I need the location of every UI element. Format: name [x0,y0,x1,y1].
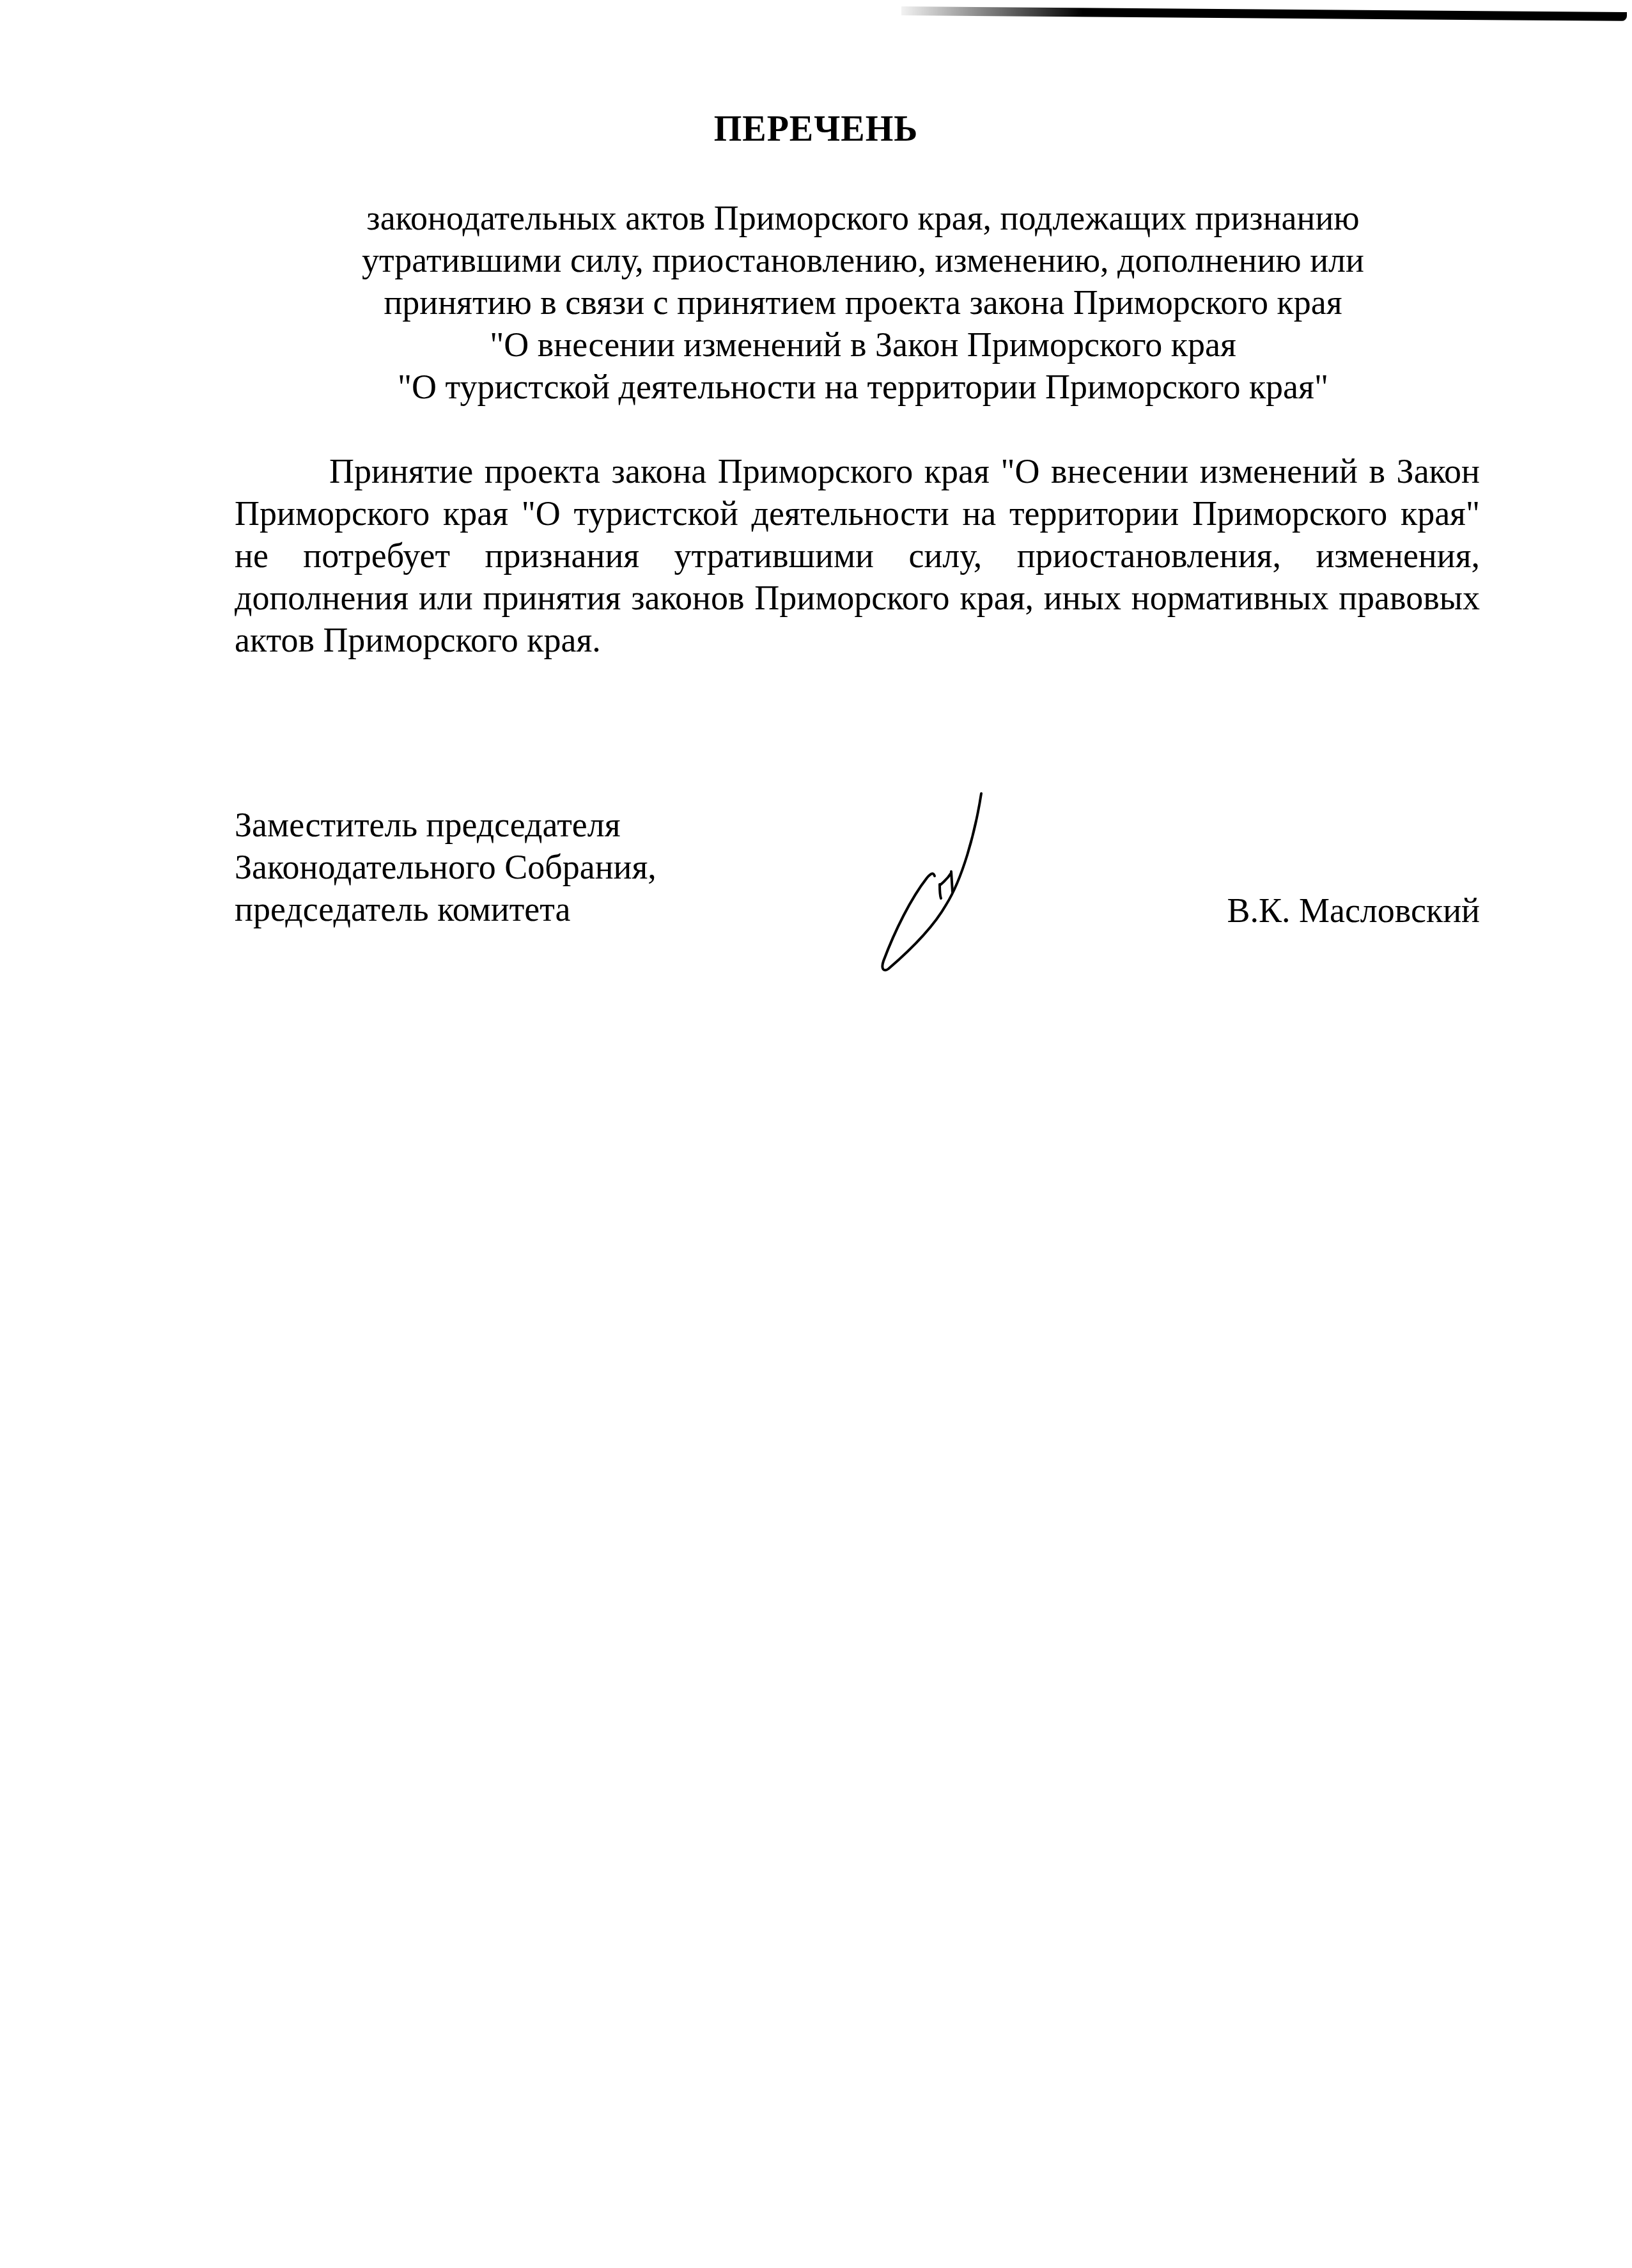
scan-edge-artifact [901,6,1627,21]
document-subtitle: законодательных актов Приморского края, … [224,197,1502,408]
subtitle-line: "О туристской деятельности на территории… [224,366,1502,408]
subtitle-line: принятию в связи с принятием проекта зак… [224,281,1502,324]
signer-position: Заместитель председателя Законодательног… [235,804,657,930]
body-paragraph: Принятие проекта закона Приморского края… [235,450,1480,661]
signature-icon [844,790,1010,975]
signer-position-line: председатель комитета [235,888,657,930]
signer-position-line: Законодательного Собрания, [235,846,657,888]
subtitle-line: утратившими силу, приостановлению, измен… [224,239,1502,281]
document-title: ПЕРЕЧЕНЬ [0,109,1632,150]
subtitle-line: "О внесении изменений в Закон Приморског… [224,324,1502,366]
signer-position-line: Заместитель председателя [235,804,657,846]
signer-name: В.К. Масловский [1227,889,1480,932]
subtitle-line: законодательных актов Приморского края, … [224,197,1502,239]
